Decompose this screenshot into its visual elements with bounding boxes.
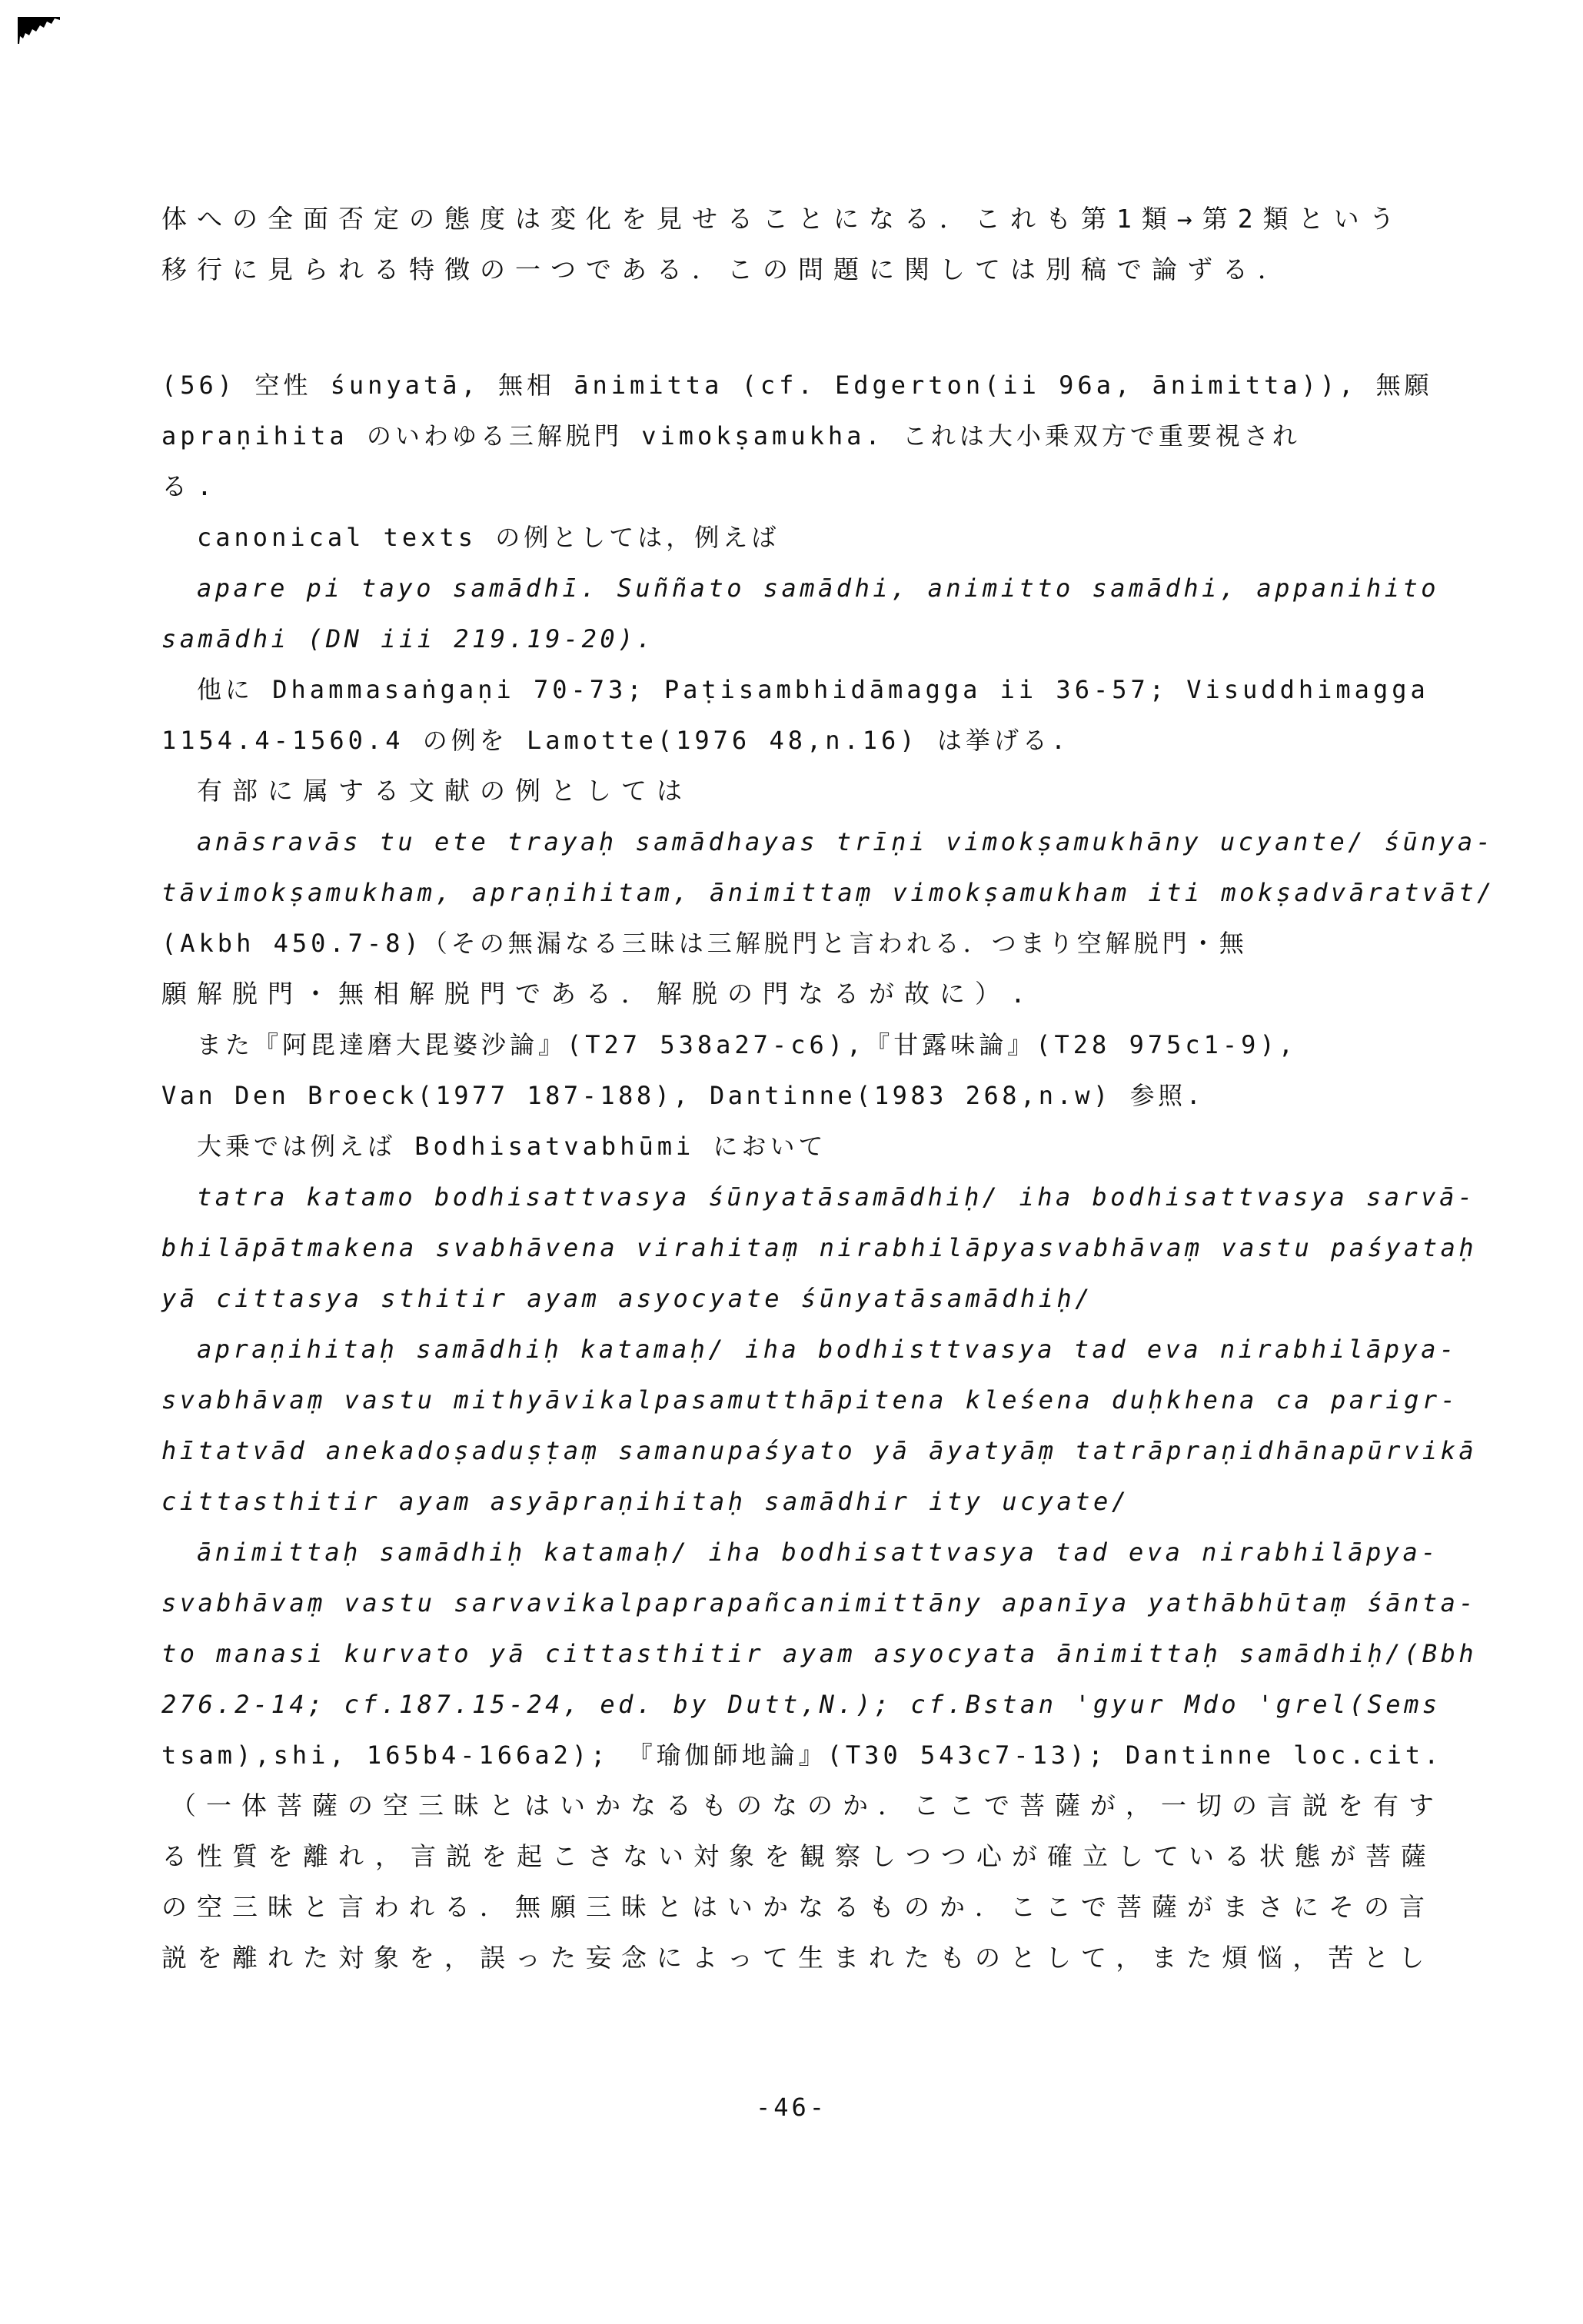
text-line: svabhāvaṃ vastu sarvavikalpaprapañcanimi…	[161, 1578, 1515, 1628]
text-line: anāsravās tu ete trayaḥ samādhayas trīṇi…	[161, 816, 1515, 867]
text-line: hītatvād anekadoṣaduṣṭaṃ samanupaśyato y…	[161, 1425, 1515, 1476]
text-line: 体への全面否定の態度は変化を見せることになる．これも第1類→第2類という	[161, 194, 1515, 244]
text-line: yā cittasya sthitir ayam asyocyate śūnya…	[161, 1273, 1515, 1324]
text-line: 大乗では例えば Bodhisatvabhūmi において	[161, 1121, 1515, 1172]
text-line: svabhāvaṃ vastu mithyāvikalpasamutthāpit…	[161, 1375, 1515, 1425]
text-line: 願解脱門・無相解脱門である．解脱の門なるが故に）.	[161, 969, 1515, 1019]
text-line: ānimittaḥ samādhiḥ katamaḥ/ iha bodhisat…	[161, 1527, 1515, 1578]
text-line: (Akbh 450.7-8)（その無漏なる三昧は三解脱門と言われる．つまり空解脱…	[161, 918, 1515, 969]
text-line: apraṇihita のいわゆる三解脱門 vimokṣamukha. これは大小…	[161, 411, 1515, 461]
text-line: bhilāpātmakena svabhāvena virahitaṃ nira…	[161, 1222, 1515, 1273]
text-line: tāvimokṣamukham, apraṇihitam, ānimittaṃ …	[161, 867, 1515, 918]
footnote-text-block: 体への全面否定の態度は変化を見せることになる．これも第1類→第2類という移行に見…	[161, 194, 1515, 1983]
text-line: る性質を離れ，言説を起こさない対象を観察しつつ心が確立している状態が菩薩	[161, 1831, 1515, 1882]
text-line: tsam),shi, 165b4-166a2); 『瑜伽師地論』(T30 543…	[161, 1730, 1515, 1780]
scanned-document-page: 体への全面否定の態度は変化を見せることになる．これも第1類→第2類という移行に見…	[0, 0, 1583, 2324]
text-line: samādhi (DN iii 219.19-20).	[161, 613, 1515, 664]
text-line: to manasi kurvato yā cittasthitir ayam a…	[161, 1628, 1515, 1679]
text-line: また『阿毘達磨大毘婆沙論』(T27 538a27-c6),『甘露味論』(T28 …	[161, 1019, 1515, 1070]
text-line: tatra katamo bodhisattvasya śūnyatāsamād…	[161, 1172, 1515, 1222]
text-line: 有部に属する文献の例としては	[161, 766, 1515, 816]
text-line: cittasthitir ayam asyāpraṇihitaḥ samādhi…	[161, 1476, 1515, 1527]
text-line: 移行に見られる特徴の一つである．この問題に関しては別稿で論ずる．	[161, 244, 1515, 295]
text-line: 説を離れた対象を，誤った妄念によって生まれたものとして，また煩悩，苦とし	[161, 1933, 1515, 1983]
text-line: Van Den Broeck(1977 187-188), Dantinne(1…	[161, 1070, 1515, 1121]
text-line: の空三昧と言われる．無願三昧とはいかなるものか．ここで菩薩がまさにその言	[161, 1882, 1515, 1933]
text-line: 1154.4-1560.4 の例を Lamotte(1976 48,n.16) …	[161, 715, 1515, 766]
text-line: (56) 空性 śunyatā, 無相 ānimitta (cf. Edgert…	[161, 360, 1515, 411]
text-line: 276.2-14; cf.187.15-24, ed. by Dutt,N.);…	[161, 1679, 1515, 1730]
text-line: （一体菩薩の空三昧とはいかなるものなのか．ここで菩薩が，一切の言説を有す	[161, 1780, 1515, 1831]
text-line: canonical texts の例としては，例えば	[161, 512, 1515, 563]
text-line: る.	[161, 461, 1515, 512]
text-line: 他に Dhammasaṅgaṇi 70-73; Paṭisambhidāmagg…	[161, 664, 1515, 715]
scan-artifact-corner-mark	[0, 0, 92, 69]
text-line: apraṇihitaḥ samādhiḥ katamaḥ/ iha bodhis…	[161, 1324, 1515, 1375]
page-number: -46-	[0, 2093, 1583, 2122]
text-line: apare pi tayo samādhī. Suññato samādhi, …	[161, 563, 1515, 613]
